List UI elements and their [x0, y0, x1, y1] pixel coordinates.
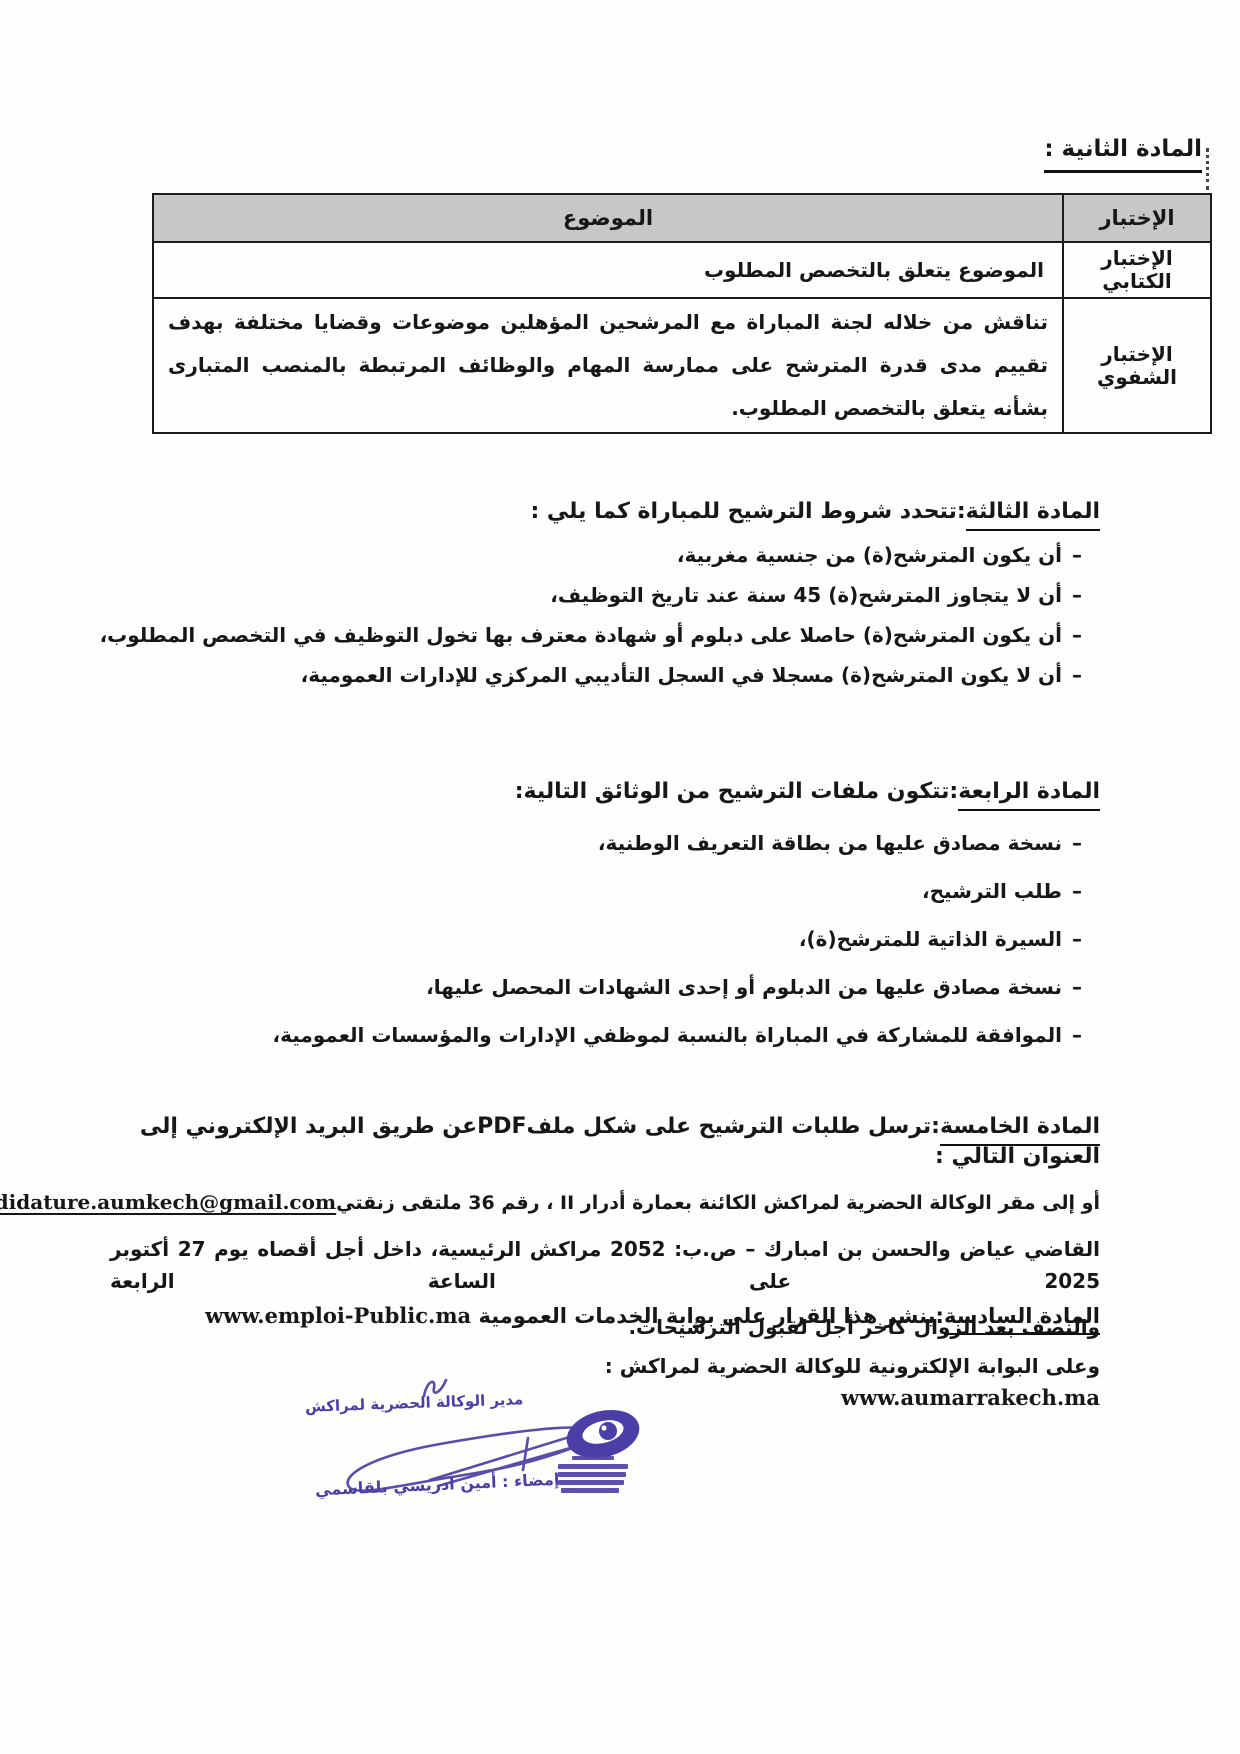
subject-column-header: الموضوع — [153, 194, 1063, 242]
article5-deadline-line: القاضي عياض والحسن بن امبارك – ص.ب: 2052… — [110, 1233, 1100, 1297]
article3-heading-rest: :تتحدد شروط الترشيح للمباراة كما يلي : — [530, 499, 965, 524]
list-item-text: أن يكون المترشح(ة) من جنسية مغربية، — [677, 543, 1062, 567]
list-item: –السيرة الذاتية للمترشح(ة)، — [110, 915, 1100, 963]
table-row-written-exam: الإختبار الكتابي الموضوع يتعلق بالتخصص ا… — [153, 242, 1211, 298]
list-item: –أن يكون المترشح(ة) حاصلا على دبلوم أو ش… — [110, 615, 1100, 655]
list-item-text: السيرة الذاتية للمترشح(ة)، — [799, 927, 1062, 951]
agency-address-text: أو إلى مقر الوكالة الحضرية لمراكش الكائن… — [336, 1187, 1100, 1219]
exam-subject-cell: تناقش من خلاله لجنة المباراة مع المرشحين… — [153, 298, 1063, 433]
article2-title: المادة الثانية : — [1044, 136, 1202, 173]
dash-bullet: – — [1072, 663, 1082, 687]
dash-bullet: – — [1072, 623, 1082, 647]
dash-bullet: – — [1072, 975, 1082, 999]
list-item-text: أن لا يتجاوز المترشح(ة) 45 سنة عند تاريخ… — [550, 583, 1062, 607]
scanned-document-page: المادة الثانية : الإختبار الموضوع الإختب… — [0, 0, 1240, 1754]
article4-heading-title: المادة الرابعة — [958, 779, 1100, 811]
article3-conditions-list: –أن يكون المترشح(ة) من جنسية مغربية، –أن… — [110, 535, 1100, 695]
list-item: –نسخة مصادق عليها من بطاقة التعريف الوطن… — [110, 819, 1100, 867]
list-item: –طلب الترشيح، — [110, 867, 1100, 915]
exam-type-cell: الإختبار الكتابي — [1063, 242, 1211, 298]
aumarrakech-url: www.aumarrakech.ma — [841, 1385, 1100, 1410]
list-item-text: طلب الترشيح، — [922, 879, 1062, 903]
list-item-text: نسخة مصادق عليها من بطاقة التعريف الوطني… — [598, 831, 1062, 855]
dash-bullet: – — [1072, 831, 1082, 855]
logo-text-bars — [558, 1456, 628, 1493]
article3-section: المادة الثالثة:تتحدد شروط الترشيح للمبار… — [110, 497, 1100, 695]
list-item-text: أن لا يكون المترشح(ة) مسجلا في السجل الت… — [301, 663, 1062, 687]
article3-heading-title: المادة الثالثة — [966, 499, 1100, 531]
article6-heading: المادة السادسة:ينشر هذا القرار على بوابة… — [110, 1300, 1100, 1332]
candidature-email: Candidature.aumkech@gmail.com — [0, 1186, 336, 1218]
dash-bullet: – — [1072, 543, 1082, 567]
list-item: –أن لا يتجاوز المترشح(ة) 45 سنة عند تاري… — [110, 575, 1100, 615]
dash-bullet: – — [1072, 927, 1082, 951]
exam-column-header: الإختبار — [1063, 194, 1211, 242]
emploi-public-url: www.emploi-Public.ma — [205, 1303, 471, 1328]
dash-bullet: – — [1072, 1023, 1082, 1047]
article4-heading: المادة الرابعة:تتكون ملفات الترشيح من ال… — [110, 777, 1100, 807]
list-item: –الموافقة للمشاركة في المباراة بالنسبة ل… — [110, 1011, 1100, 1059]
exam-table: الإختبار الموضوع الإختبار الكتابي الموضو… — [152, 193, 1212, 434]
dash-bullet: – — [1072, 879, 1082, 903]
list-item-text: الموافقة للمشاركة في المباراة بالنسبة لم… — [272, 1023, 1062, 1047]
table-header-row: الإختبار الموضوع — [153, 194, 1211, 242]
portal-text: وعلى البوابة الإلكترونية للوكالة الحضرية… — [605, 1354, 1100, 1378]
article5-heading: المادة الخامسة:ترسل طلبات الترشيح على شك… — [110, 1112, 1100, 1172]
agency-eye-logo-icon — [562, 1403, 645, 1466]
article5-heading-title: المادة الخامسة — [940, 1114, 1100, 1146]
list-item: –أن لا يكون المترشح(ة) مسجلا في السجل ال… — [110, 655, 1100, 695]
dash-bullet: – — [1072, 583, 1082, 607]
list-item-text: أن يكون المترشح(ة) حاصلا على دبلوم أو شه… — [100, 623, 1062, 647]
scan-artifact — [1206, 148, 1209, 190]
exam-subject-cell: الموضوع يتعلق بالتخصص المطلوب — [153, 242, 1063, 298]
article5-address-line: أو إلى مقر الوكالة الحضرية لمراكش الكائن… — [110, 1186, 1100, 1219]
exam-type-cell: الإختبار الشفوي — [1063, 298, 1211, 433]
list-item: –نسخة مصادق عليها من الدبلوم أو إحدى الش… — [110, 963, 1100, 1011]
list-item: –أن يكون المترشح(ة) من جنسية مغربية، — [110, 535, 1100, 575]
signature-stamp-block: مدير الوكالة الحضرية لمراكش إمضاء : أمين… — [295, 1372, 665, 1622]
list-item-text: نسخة مصادق عليها من الدبلوم أو إحدى الشه… — [426, 975, 1062, 999]
article3-heading: المادة الثالثة:تتحدد شروط الترشيح للمبار… — [110, 497, 1100, 527]
article6-heading-title: المادة السادسة — [944, 1304, 1100, 1335]
article4-section: المادة الرابعة:تتكون ملفات الترشيح من ال… — [110, 777, 1100, 1059]
article6-heading-rest: :ينشر هذا القرار على بوابة الخدمات العمو… — [471, 1304, 944, 1328]
article4-heading-rest: :تتكون ملفات الترشيح من الوثائق التالية: — [515, 779, 959, 804]
article4-documents-list: –نسخة مصادق عليها من بطاقة التعريف الوطن… — [110, 819, 1100, 1059]
table-row-oral-exam: الإختبار الشفوي تناقش من خلاله لجنة المب… — [153, 298, 1211, 433]
